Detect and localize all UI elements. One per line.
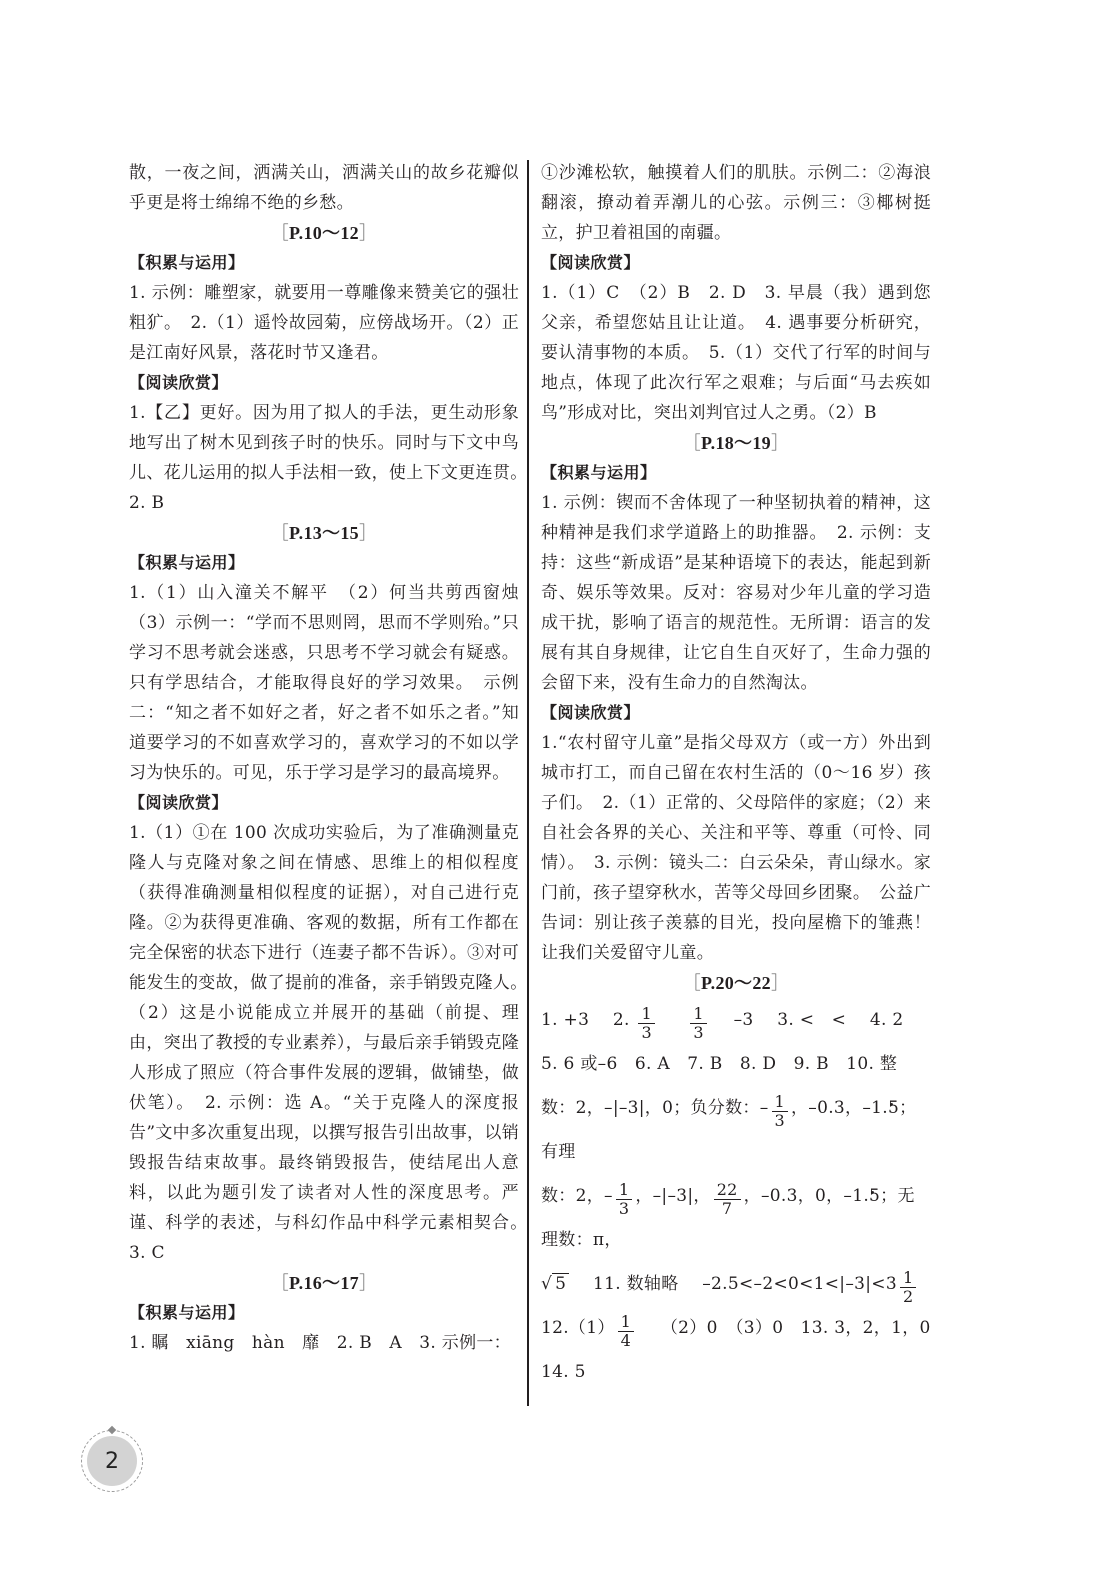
fraction: 13 bbox=[616, 1181, 632, 1218]
fraction: 13 bbox=[638, 1005, 654, 1042]
section-heading: 【阅读欣赏】 bbox=[541, 248, 931, 278]
section-heading: 【阅读欣赏】 bbox=[541, 698, 931, 728]
fraction: 13 bbox=[690, 1005, 706, 1042]
answer-text: 1. 示例：锲而不舍体现了一种坚韧执着的精神，这种精神是我们求学道路上的助推器。… bbox=[541, 488, 931, 698]
section-heading: 【阅读欣赏】 bbox=[129, 368, 519, 398]
section-heading: 【积累与运用】 bbox=[129, 548, 519, 578]
answer-text: 1.（1）C （2）B 2. D 3. 早晨（我）遇到您父亲，希望您姑且让让道。… bbox=[541, 278, 931, 428]
page-number: 2 bbox=[87, 1436, 137, 1486]
answer-text: 1.（1）山入潼关不解平 （2）何当共剪西窗烛（3）示例一：“学而不思则罔，思而… bbox=[129, 578, 519, 788]
math-line-2: 5. 6 或–6 6. A 7. B 8. D 9. B 10. 整 bbox=[541, 1042, 931, 1086]
section-heading: 【积累与运用】 bbox=[541, 458, 931, 488]
math-line-1: 1. +3 2. 13 13 –3 3. < < 4. 2 bbox=[541, 998, 931, 1042]
page-range-heading: ［P.20～22］ bbox=[541, 968, 931, 998]
repeating-decimal-digit: 5 bbox=[888, 1098, 899, 1118]
math-line-3: 数：2，–|–3|，0；负分数：–13，–0.3，–1.5；有理 bbox=[541, 1086, 931, 1174]
fraction: 12 bbox=[900, 1269, 916, 1306]
page-range-heading: ［P.18～19］ bbox=[541, 428, 931, 458]
answer-text: 1.（1）①在 100 次成功实验后，为了准确测量克隆人与克隆对象之间在情感、思… bbox=[129, 818, 519, 1268]
column-divider bbox=[527, 160, 529, 1406]
left-intro-text: 散，一夜之间，洒满关山，洒满关山的故乡花瓣似乎更是将士绵绵不绝的乡愁。 bbox=[129, 158, 519, 218]
right-intro-text: ①沙滩松软，触摸着人们的肌肤。示例二：②海浪翻滚，撩动着弄潮儿的心弦。示例三：③… bbox=[541, 158, 931, 248]
math-answers: 1. +3 2. 13 13 –3 3. < < 4. 2 5. 6 或–6 6… bbox=[541, 998, 931, 1394]
repeating-decimal-digit: 5 bbox=[869, 1186, 880, 1206]
page-range-heading: ［P.10～12］ bbox=[129, 218, 519, 248]
page-number-badge: 2 bbox=[81, 1430, 143, 1492]
right-column: ①沙滩松软，触摸着人们的肌肤。示例二：②海浪翻滚，撩动着弄潮儿的心弦。示例三：③… bbox=[541, 158, 931, 1394]
left-column: 散，一夜之间，洒满关山，洒满关山的故乡花瓣似乎更是将士绵绵不绝的乡愁。 ［P.1… bbox=[129, 158, 519, 1358]
math-line-5: √5 11. 数轴略 –2.5<–2<0<1<|–3|<312 bbox=[541, 1262, 931, 1306]
square-root: √5 bbox=[541, 1262, 569, 1306]
fraction: 13 bbox=[772, 1093, 788, 1130]
answer-text: 1.“农村留守儿童”是指父母双方（或一方）外出到城市打工，而自己留在农村生活的（… bbox=[541, 728, 931, 968]
page-range-heading: ［P.13～15］ bbox=[129, 518, 519, 548]
answer-text: 1. 瞩 xiāng hàn 靡 2. B A 3. 示例一： bbox=[129, 1328, 519, 1358]
answer-text: 1.【乙】更好。因为用了拟人的手法，更生动形象地写出了树木见到孩子时的快乐。同时… bbox=[129, 398, 519, 518]
math-line-6: 12.（1）14 （2）0 （3）0 13. 3，2，1，0 14. 5 bbox=[541, 1306, 931, 1394]
section-heading: 【阅读欣赏】 bbox=[129, 788, 519, 818]
diamond-icon bbox=[108, 1426, 116, 1434]
fraction: 14 bbox=[618, 1313, 634, 1350]
section-heading: 【积累与运用】 bbox=[129, 1298, 519, 1328]
section-heading: 【积累与运用】 bbox=[129, 248, 519, 278]
answer-text: 1. 示例：雕塑家，就要用一尊雕像来赞美它的强壮粗犷。 2.（1）遥怜故园菊，应… bbox=[129, 278, 519, 368]
page-range-heading: ［P.16～17］ bbox=[129, 1268, 519, 1298]
fraction: 227 bbox=[714, 1181, 741, 1218]
math-line-4: 数：2，–13，–|–3|，227，–0.3，0，–1.5；无理数：π， bbox=[541, 1174, 931, 1262]
